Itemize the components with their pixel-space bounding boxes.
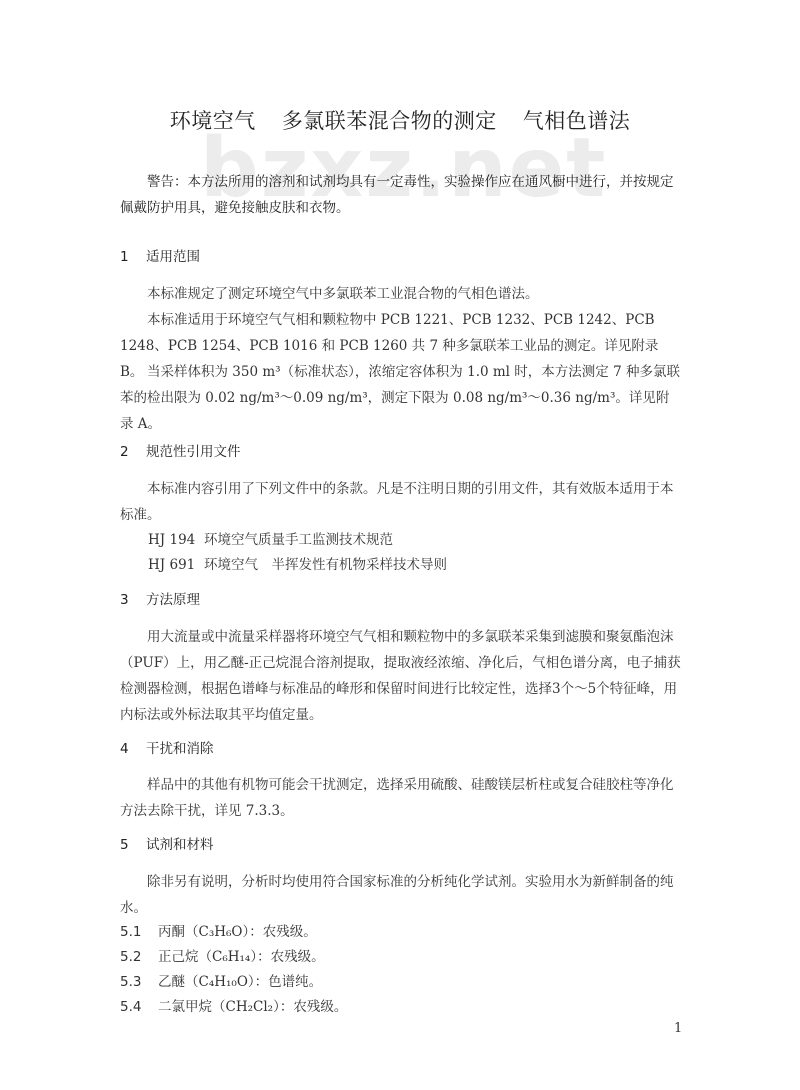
document-page: bzxz.net 环境空气多氯联苯混合物的测定气相色谱法 警告：本方法所用的溶剂… <box>0 0 800 1090</box>
section-heading-3: 3方法原理 <box>120 588 200 608</box>
item-grade: ：农残级。 <box>280 999 348 1015</box>
reference-code: HJ 194 <box>148 532 204 548</box>
section-heading-4: 4干扰和消除 <box>120 737 214 757</box>
paragraph: 样品中的其他有机物可能会干扰测定，选择采用硫酸、硅酸镁层析柱或复合硅胶柱等净化方… <box>120 772 682 824</box>
section-title: 规范性引用文件 <box>146 444 241 460</box>
reagent-item: 5.1丙酮（C₃H₆O）：农残级。 <box>120 920 317 940</box>
section-heading-2: 2规范性引用文件 <box>120 440 241 460</box>
section-title: 试剂和材料 <box>146 837 214 853</box>
reagent-item: 5.2正己烷（C₆H₁₄）：农残级。 <box>120 945 325 965</box>
section-number: 1 <box>120 249 146 265</box>
paragraph: 本标准规定了测定环境空气中多氯联苯工业混合物的气相色谱法。 <box>120 281 682 307</box>
reference-name: 环境空气 半挥发性有机物采样技术导则 <box>204 557 447 573</box>
section-number: 2 <box>120 444 146 460</box>
title-part-1: 环境空气 <box>170 109 256 133</box>
page-number: 1 <box>674 1021 682 1036</box>
reagent-item: 5.3乙醚（C₄H₁₀O）：色谱纯。 <box>120 970 322 990</box>
section-title: 适用范围 <box>146 249 200 265</box>
section-title: 干扰和消除 <box>146 741 214 757</box>
item-formula: （C₄H₁₀O） <box>185 974 255 990</box>
title-part-3: 气相色谱法 <box>523 109 631 133</box>
section-heading-5: 5试剂和材料 <box>120 833 214 853</box>
item-formula: （CH₂Cl₂） <box>212 999 280 1015</box>
section-number: 5 <box>120 837 146 853</box>
item-grade: ：农残级。 <box>257 949 325 965</box>
reference-item: HJ 194环境空气质量手工监测技术规范 <box>148 528 393 548</box>
section-title: 方法原理 <box>146 592 200 608</box>
reference-code: HJ 691 <box>148 557 204 573</box>
item-name: 正己烷 <box>158 949 199 965</box>
item-name: 乙醚 <box>158 974 185 990</box>
document-title: 环境空气多氯联苯混合物的测定气相色谱法 <box>0 105 800 135</box>
paragraph: 当采样体积为 350 m³（标准状态），浓缩定容体积为 1.0 ml 时，本方法… <box>120 359 682 437</box>
section-heading-1: 1适用范围 <box>120 245 200 265</box>
warning-text: 警告：本方法所用的溶剂和试剂均具有一定毒性，实验操作应在通风橱中进行，并按规定佩… <box>120 169 682 221</box>
paragraph: 用大流量或中流量采样器将环境空气气相和颗粒物中的多氯联苯采集到滤膜和聚氨酯泡沫（… <box>120 624 682 728</box>
section-number: 3 <box>120 592 146 608</box>
title-part-2: 多氯联苯混合物的测定 <box>282 109 497 133</box>
item-number: 5.4 <box>120 999 158 1015</box>
reference-name: 环境空气质量手工监测技术规范 <box>204 532 393 548</box>
reference-item: HJ 691环境空气 半挥发性有机物采样技术导则 <box>148 553 447 573</box>
paragraph: 除非另有说明，分析时均使用符合国家标准的分析纯化学试剂。实验用水为新鲜制备的纯水… <box>120 869 682 921</box>
item-number: 5.2 <box>120 949 158 965</box>
item-name: 丙酮 <box>158 924 185 940</box>
item-grade: ：农残级。 <box>249 924 317 940</box>
section-number: 4 <box>120 741 146 757</box>
item-grade: ：色谱纯。 <box>255 974 323 990</box>
item-number: 5.3 <box>120 974 158 990</box>
item-name: 二氯甲烷 <box>158 999 212 1015</box>
reagent-item: 5.4二氯甲烷（CH₂Cl₂）：农残级。 <box>120 995 347 1015</box>
item-formula: （C₆H₁₄） <box>199 949 258 965</box>
item-number: 5.1 <box>120 924 158 940</box>
item-formula: （C₃H₆O） <box>185 924 249 940</box>
paragraph: 本标准内容引用了下列文件中的条款。凡是不注明日期的引用文件，其有效版本适用于本标… <box>120 476 682 528</box>
